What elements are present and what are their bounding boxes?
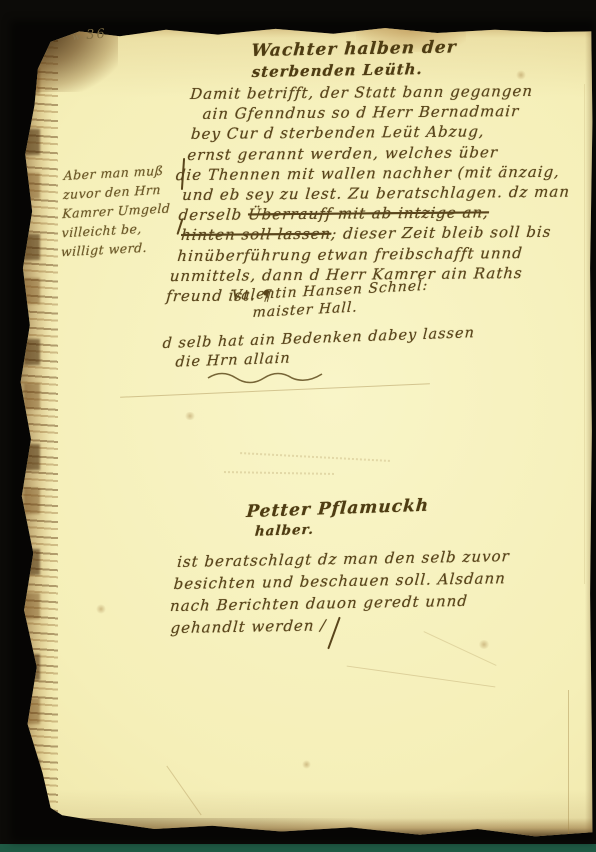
- foxing-spot: [516, 70, 526, 80]
- folio-number: w36: [72, 27, 107, 44]
- foxing-spot: [478, 640, 490, 649]
- foxing-spot: [302, 760, 311, 769]
- handwritten-text: bey Cur d sterbenden Leüt Abzug,: [190, 123, 485, 144]
- handwritten-text: ; dieser Zeit bleib soll bis: [331, 223, 553, 243]
- ink-bleedthrough: [240, 452, 390, 462]
- manuscript-line: hinten soll lassen; dieser Zeit bleib so…: [180, 222, 567, 246]
- folio-mark: w: [72, 32, 82, 43]
- handwritten-text: ernst gerannt werden, welches über: [187, 143, 499, 164]
- marginal-note: Aber man mußzuvor den HrnKamrer Umgeldvi…: [61, 160, 172, 261]
- foxing-spot: [96, 604, 106, 614]
- section1-paragraph: Damit betrifft, der Statt bann gegangena…: [165, 81, 578, 307]
- handwritten-text: gehandlt werden /: [170, 616, 327, 637]
- folio-number-text: 36: [86, 27, 108, 43]
- section2-paragraph: ist beratschlagt dz man den selb zuvorbe…: [166, 545, 511, 639]
- handwritten-text: ain Gfenndnus so d Herr Bernadmair: [202, 102, 520, 123]
- manuscript-line: sterbenden Leüth.: [251, 58, 456, 83]
- vertical-crease: [584, 84, 585, 584]
- handwritten-text: Damit betrifft, der Statt bann gegangen: [190, 82, 534, 103]
- handwritten-text: nach Berichten dauon geredt unnd: [170, 592, 469, 615]
- scratch-line: [347, 666, 496, 688]
- foxing-spot: [184, 412, 196, 420]
- handwritten-text: hinüberführung etwan freibschafft unnd: [177, 244, 524, 265]
- struck-text: Überrauff mit ab intzige an,: [247, 204, 489, 224]
- vertical-crease: [568, 690, 569, 838]
- postscript-flourish: [204, 369, 334, 387]
- section1-heading: Wachter halben dersterbenden Leüth.: [249, 37, 457, 83]
- scanner-tray-green-strip: [0, 844, 596, 852]
- scanned-manuscript-photo: w36 Wachter halben dersterbenden Leüth. …: [0, 0, 596, 852]
- section2-heading: Petter Pflamuckhhalber.: [244, 496, 430, 543]
- handwritten-text: die Thennen mit wallen nachher (mit änza…: [175, 163, 561, 184]
- scratch-line: [166, 766, 201, 816]
- manuscript-line: Wachter halben der: [251, 37, 458, 62]
- handwritten-text: und eb sey zu lest. Zu beratschlagen. dz…: [182, 183, 571, 204]
- handwritten-text: derselb: [178, 206, 249, 225]
- manuscript-line: und eb sey zu lest. Zu beratschlagen. dz…: [181, 182, 570, 206]
- manuscript-line: Damit betrifft, der Statt bann gegangen: [189, 81, 578, 105]
- ink-bleedthrough: [224, 471, 334, 475]
- struck-text: hinten soll lassen: [180, 225, 332, 244]
